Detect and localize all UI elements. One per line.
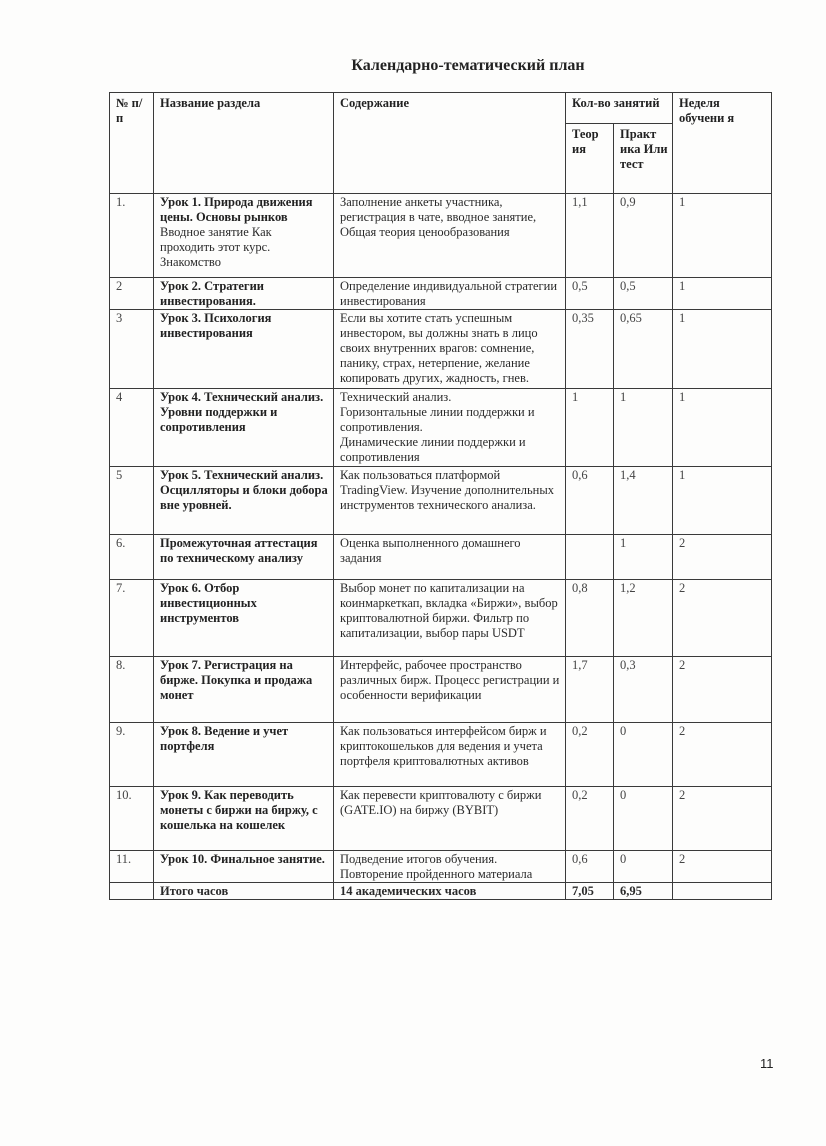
section-name: Урок 6. Отбор инвестиционных инструменто… <box>154 580 334 657</box>
row-number: 9. <box>110 723 154 787</box>
practice-hours: 0,3 <box>614 657 673 723</box>
section-title: Урок 1. Природа движения цены. Основы ры… <box>160 195 312 224</box>
theory-hours: 0,2 <box>566 787 614 851</box>
practice-hours: 1 <box>614 389 673 467</box>
theory-hours: 0,6 <box>566 467 614 535</box>
table-row: 4Урок 4. Технический анализ. Уровни подд… <box>110 389 772 467</box>
section-title: Промежуточная аттестация по техническому… <box>160 536 318 565</box>
table-row: 5Урок 5. Технический анализ. Осцилляторы… <box>110 467 772 535</box>
row-number: 10. <box>110 787 154 851</box>
row-number: 2 <box>110 278 154 310</box>
study-week: 1 <box>673 389 772 467</box>
section-title: Урок 8. Ведение и учет портфеля <box>160 724 288 753</box>
section-content: Интерфейс, рабочее пространство различны… <box>334 657 566 723</box>
section-content: Выбор монет по капитализации на коинмарк… <box>334 580 566 657</box>
table-row: 8.Урок 7. Регистрация на бирже. Покупка … <box>110 657 772 723</box>
header-name: Название раздела <box>154 93 334 194</box>
header-count: Кол-во занятий <box>566 93 673 124</box>
section-name: Урок 7. Регистрация на бирже. Покупка и … <box>154 657 334 723</box>
study-week: 1 <box>673 278 772 310</box>
table-row: 10.Урок 9. Как переводить монеты с биржи… <box>110 787 772 851</box>
page-number: 11 <box>760 1056 774 1071</box>
section-title: Урок 6. Отбор инвестиционных инструменто… <box>160 581 257 625</box>
table-row: 1.Урок 1. Природа движения цены. Основы … <box>110 194 772 278</box>
section-name: Урок 3. Психология инвестирования <box>154 310 334 389</box>
section-title: Урок 4. Технический анализ. Уровни подде… <box>160 390 323 434</box>
table-row: 7.Урок 6. Отбор инвестиционных инструмен… <box>110 580 772 657</box>
section-name: Урок 5. Технический анализ. Осцилляторы … <box>154 467 334 535</box>
section-content: Оценка выполненного домашнего задания <box>334 535 566 580</box>
section-content: Как пользоваться платформой TradingView.… <box>334 467 566 535</box>
section-name: Урок 2. Стратегии инвестирования. <box>154 278 334 310</box>
theory-hours: 0,6 <box>566 851 614 883</box>
total-theory: 7,05 <box>566 883 614 900</box>
total-content: 14 академических часов <box>334 883 566 900</box>
total-label: Итого часов <box>154 883 334 900</box>
table-row: 2Урок 2. Стратегии инвестирования.Опреде… <box>110 278 772 310</box>
practice-hours: 0 <box>614 851 673 883</box>
section-title: Урок 9. Как переводить монеты с биржи на… <box>160 788 318 832</box>
theory-hours: 0,8 <box>566 580 614 657</box>
section-name: Урок 10. Финальное занятие. <box>154 851 334 883</box>
theory-hours: 0,2 <box>566 723 614 787</box>
study-week: 2 <box>673 580 772 657</box>
section-title: Урок 2. Стратегии инвестирования. <box>160 279 264 308</box>
section-note: Вводное занятие Как проходить этот курс.… <box>160 225 272 269</box>
table-header-row: № п/п Название раздела Содержание Кол-во… <box>110 93 772 124</box>
section-name: Урок 4. Технический анализ. Уровни подде… <box>154 389 334 467</box>
practice-hours: 0,9 <box>614 194 673 278</box>
header-theory: Теор ия <box>566 123 614 193</box>
section-content: Как перевести криптовалюту с биржи (GATE… <box>334 787 566 851</box>
total-row: Итого часов14 академических часов7,056,9… <box>110 883 772 900</box>
section-name: Урок 8. Ведение и учет портфеля <box>154 723 334 787</box>
theory-hours: 0,35 <box>566 310 614 389</box>
section-title: Урок 7. Регистрация на бирже. Покупка и … <box>160 658 312 702</box>
study-week: 1 <box>673 194 772 278</box>
row-number: 6. <box>110 535 154 580</box>
theory-hours: 0,5 <box>566 278 614 310</box>
practice-hours: 1 <box>614 535 673 580</box>
practice-hours: 0 <box>614 723 673 787</box>
table-row: 3Урок 3. Психология инвестированияЕсли в… <box>110 310 772 389</box>
total-practice: 6,95 <box>614 883 673 900</box>
study-week: 1 <box>673 467 772 535</box>
theory-hours: 1,7 <box>566 657 614 723</box>
section-name: Урок 1. Природа движения цены. Основы ры… <box>154 194 334 278</box>
row-number: 7. <box>110 580 154 657</box>
study-week: 2 <box>673 657 772 723</box>
section-name: Урок 9. Как переводить монеты с биржи на… <box>154 787 334 851</box>
theory-hours: 1,1 <box>566 194 614 278</box>
section-title: Урок 5. Технический анализ. Осцилляторы … <box>160 468 328 512</box>
section-content: Если вы хотите стать успешным инвестором… <box>334 310 566 389</box>
header-practice: Практ ика Или тест <box>614 123 673 193</box>
section-title: Урок 10. Финальное занятие. <box>160 852 325 866</box>
study-week: 2 <box>673 723 772 787</box>
total-empty <box>110 883 154 900</box>
practice-hours: 1,2 <box>614 580 673 657</box>
row-number: 3 <box>110 310 154 389</box>
section-content: Технический анализ. Горизонтальные линии… <box>334 389 566 467</box>
practice-hours: 0,65 <box>614 310 673 389</box>
practice-hours: 0 <box>614 787 673 851</box>
row-number: 5 <box>110 467 154 535</box>
header-week: Неделя обучени я <box>673 93 772 194</box>
theory-hours <box>566 535 614 580</box>
study-week: 2 <box>673 851 772 883</box>
table-row: 9.Урок 8. Ведение и учет портфеляКак пол… <box>110 723 772 787</box>
study-week: 1 <box>673 310 772 389</box>
section-content: Заполнение анкеты участника, регистрация… <box>334 194 566 278</box>
calendar-plan-table: № п/п Название раздела Содержание Кол-во… <box>109 92 772 900</box>
row-number: 4 <box>110 389 154 467</box>
section-content: Подведение итогов обучения. Повторение п… <box>334 851 566 883</box>
practice-hours: 1,4 <box>614 467 673 535</box>
row-number: 11. <box>110 851 154 883</box>
table-row: 11.Урок 10. Финальное занятие.Подведение… <box>110 851 772 883</box>
practice-hours: 0,5 <box>614 278 673 310</box>
section-name: Промежуточная аттестация по техническому… <box>154 535 334 580</box>
page-title: Календарно-тематический план <box>0 57 826 75</box>
header-content: Содержание <box>334 93 566 194</box>
row-number: 1. <box>110 194 154 278</box>
study-week: 2 <box>673 787 772 851</box>
section-title: Урок 3. Психология инвестирования <box>160 311 271 340</box>
total-week-empty <box>673 883 772 900</box>
header-num: № п/п <box>110 93 154 194</box>
section-content: Определение индивидуальной стратегии инв… <box>334 278 566 310</box>
theory-hours: 1 <box>566 389 614 467</box>
section-content: Как пользоваться интерфейсом бирж и крип… <box>334 723 566 787</box>
study-week: 2 <box>673 535 772 580</box>
table-row: 6.Промежуточная аттестация по техническо… <box>110 535 772 580</box>
row-number: 8. <box>110 657 154 723</box>
